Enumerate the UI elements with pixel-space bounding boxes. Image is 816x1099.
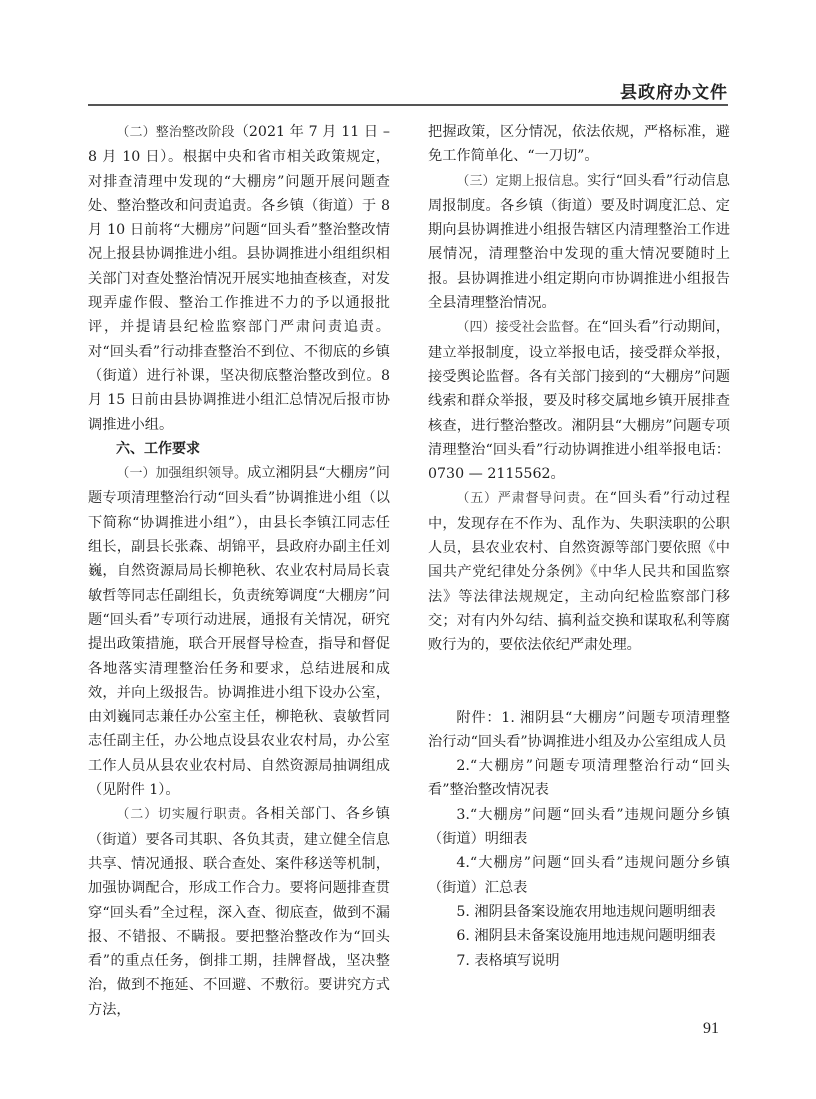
paragraph-continuation: 把握政策，区分情况，依法依规，严格标准，避免工作简单化、“一刀切”。 — [428, 120, 730, 169]
paragraph-lead: （五）严肃督导问责。 — [456, 491, 594, 506]
attachment-item: 4.“大棚房”问题“回头看”违规问题分乡镇（街道）汇总表 — [428, 851, 730, 900]
paragraph-lead: （四）接受社会监督。 — [456, 320, 587, 335]
attachments-label: 附件： — [456, 710, 501, 726]
attachment-item: 2.“大棚房”问题专项清理整治行动“回头看”整治整改情况表 — [428, 754, 730, 803]
attachment-item: 3.“大棚房”问题“回头看”违规问题分乡镇（街道）明细表 — [428, 803, 730, 852]
section-heading-work-requirements: 六、工作要求 — [88, 437, 390, 461]
spacer — [428, 658, 730, 682]
attachment-item: 附件：1. 湘阴县“大棚房”问题专项清理整治行动“回头看”协调推进小组及办公室组… — [428, 706, 730, 755]
paragraph-lead: （一）加强组织领导。 — [116, 466, 247, 481]
paragraph-lead: （二）整治整改阶段 — [116, 125, 234, 140]
right-column: 把握政策，区分情况，依法依规，严格标准，避免工作简单化、“一刀切”。 （三）定期… — [428, 120, 730, 973]
spacer — [428, 682, 730, 706]
attachment-item: 5. 湘阴县备案设施农用地违规问题明细表 — [428, 900, 730, 924]
paragraph-body: 成立湘阴县“大棚房”问题专项清理整治行动“回头看”协调推进小组（以下简称“协调推… — [88, 465, 390, 798]
paragraph-social-supervision: （四）接受社会监督。在“回头看”行动期间，建立举报制度，设立举报电话，接受群众举… — [428, 315, 730, 486]
paragraph-body: 在“回头看”行动期间，建立举报制度，设立举报电话，接受群众举报，接受舆论监督。各… — [428, 319, 730, 482]
paragraph-body: 各相关部门、各乡镇（街道）要各司其职、各负其责，建立健全信息共享、情况通报、联合… — [88, 806, 390, 1017]
paragraph-body: （2021 年 7 月 11 日 –8 月 10 日）。根据中央和省市相关政策规… — [88, 124, 390, 433]
attachment-item: 7. 表格填写说明 — [428, 949, 730, 973]
running-header-title: 县政府办文件 — [620, 78, 728, 103]
header-divider — [88, 104, 728, 106]
paragraph-body: 实行“回头看”行动信息周报制度。各乡镇（街道）要及时调度汇总、定期向县协调推进小… — [428, 173, 730, 311]
attachment-item: 6. 湘阴县未备案设施用地违规问题明细表 — [428, 924, 730, 948]
paragraph-rectification-stage: （二）整治整改阶段（2021 年 7 月 11 日 –8 月 10 日）。根据中… — [88, 120, 390, 437]
paragraph-fulfill-duties: （二）切实履行职责。各相关部门、各乡镇（街道）要各司其职、各负其责，建立健全信息… — [88, 802, 390, 1022]
paragraph-accountability: （五）严肃督导问责。在“回头看”行动过程中，发现存在不作为、乱作为、失职渎职的公… — [428, 486, 730, 657]
paragraph-lead: （二）切实履行职责。 — [116, 807, 255, 822]
paragraph-report-info: （三）定期上报信息。实行“回头看”行动信息周报制度。各乡镇（街道）要及时调度汇总… — [428, 169, 730, 316]
page-number: 91 — [703, 1020, 719, 1038]
left-column: （二）整治整改阶段（2021 年 7 月 11 日 –8 月 10 日）。根据中… — [88, 120, 390, 1022]
paragraph-strengthen-leadership: （一）加强组织领导。成立湘阴县“大棚房”问题专项清理整治行动“回头看”协调推进小… — [88, 461, 390, 802]
paragraph-lead: （三）定期上报信息。 — [456, 174, 587, 189]
paragraph-body: 在“回头看”行动过程中，发现存在不作为、乱作为、失职渎职的公职人员，县农业农村、… — [428, 490, 730, 653]
